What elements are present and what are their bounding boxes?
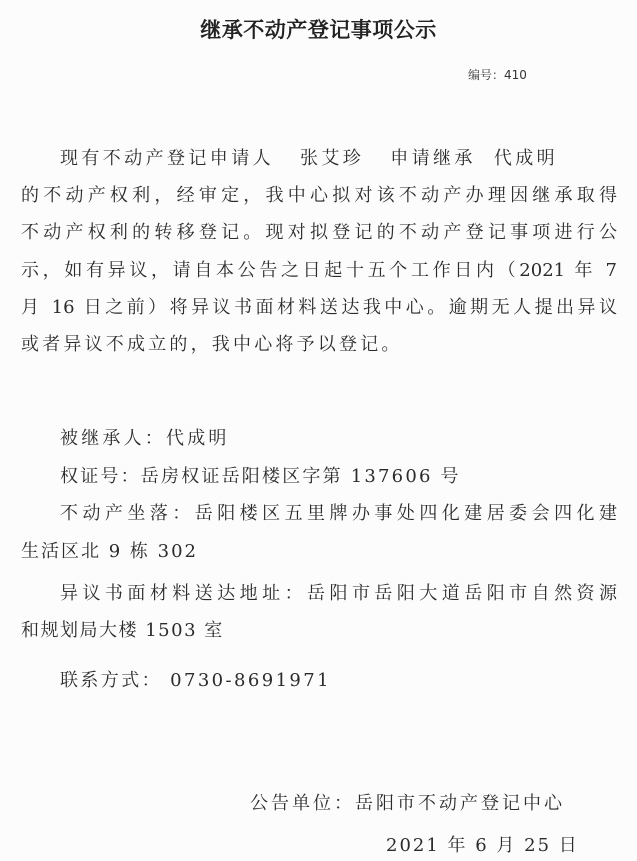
field-decedent: 被继承人：代成明 bbox=[60, 427, 617, 451]
field-objection-address-line2: 和规划局大楼 1503 室 bbox=[21, 619, 617, 643]
paragraph-line-1: 现有不动产登记申请人张艾珍申请继承代成明 bbox=[60, 147, 617, 171]
paragraph-line-2: 的不动产权利，经审定，我中心拟对该不动产办理因继承取得 bbox=[21, 184, 617, 208]
field-objection-address-line1: 异议书面材料送达地址：岳阳市岳阳大道岳阳市自然资源 bbox=[60, 582, 617, 606]
field-property-location-line2: 生活区北 9 栋 302 bbox=[21, 540, 617, 564]
field-property-location-line1: 不动产坐落：岳阳楼区五里牌办事处四化建居委会四化建 bbox=[60, 502, 617, 526]
paragraph-line-3: 不动产权利的转移登记。现对拟登记的不动产登记事项进行公 bbox=[21, 221, 617, 245]
applicant-name: 张艾珍 bbox=[300, 148, 364, 169]
apply-inherit-text: 申请继承 bbox=[390, 148, 476, 169]
decedent-name: 代成明 bbox=[494, 148, 558, 169]
applicant-intro: 现有不动产登记申请人 bbox=[60, 148, 274, 169]
paragraph-line-4: 示，如有异议，请自本公告之日起十五个工作日内（2021 年 7 bbox=[21, 259, 617, 283]
paragraph-line-6: 或者异议不成立的，我中心将予以登记。 bbox=[21, 333, 617, 357]
issuing-unit: 公告单位：岳阳市不动产登记中心 bbox=[250, 792, 565, 816]
issue-date: 2021 年 6 月 25 日 bbox=[386, 834, 579, 858]
field-contact: 联系方式： 0730-8691971 bbox=[60, 669, 617, 693]
document-number: 编号：410 bbox=[468, 66, 527, 83]
field-certificate-number: 权证号：岳房权证岳阳楼区字第 137606 号 bbox=[60, 465, 617, 489]
document-title: 继承不动产登记事项公示 bbox=[0, 14, 637, 44]
paragraph-line-5: 月 16 日之前）将异议书面材料送达我中心。逾期无人提出异议 bbox=[21, 296, 617, 320]
